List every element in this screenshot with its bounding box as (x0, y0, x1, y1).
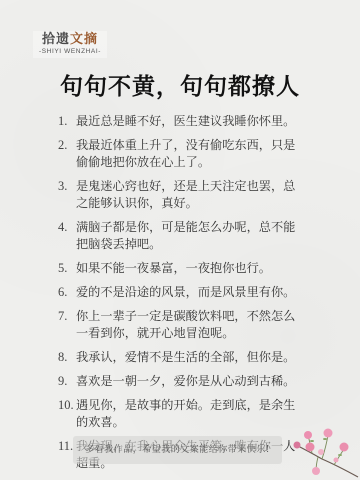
item-number: 7. (58, 308, 67, 325)
brand-logo: 拾遗文摘 -SHIYI WENZHAI- (33, 31, 107, 58)
list-item: 7.你上一辈子一定是碳酸饮料吧，不然怎么一看到你，就开心地冒泡呢。 (58, 308, 298, 342)
item-number: 4. (58, 219, 67, 236)
list-item: 4.满脑子都是你，可是能怎么办呢，总不能把脑袋丢掉吧。 (58, 219, 298, 253)
item-number: 5. (58, 260, 67, 277)
list-item: 9.喜欢是一朝一夕，爱你是从心动到古稀。 (58, 373, 298, 390)
logo-chinese: 拾遗文摘 (33, 32, 107, 48)
item-text: 你上一辈子一定是碳酸饮料吧，不然怎么一看到你，就开心地冒泡呢。 (76, 309, 295, 340)
list-item: 5.如果不能一夜暴富，一夜抱你也行。 (58, 260, 298, 277)
item-text: 最近总是睡不好，医生建议我睡你怀里。 (76, 114, 295, 128)
logo-text-part1: 拾遗 (42, 32, 70, 47)
item-text: 遇见你，是故事的开始。走到底，是余生的欢喜。 (76, 398, 295, 429)
item-number: 9. (58, 373, 67, 390)
item-text: 如果不能一夜暴富，一夜抱你也行。 (76, 261, 271, 275)
item-number: 10. (58, 397, 74, 414)
item-number: 6. (58, 284, 67, 301)
item-number: 2. (58, 137, 67, 154)
item-text: 我承认，爱情不是生活的全部，但你是。 (76, 350, 295, 364)
list-item: 6.爱的不是沿途的风景，而是风景里有你。 (58, 284, 298, 301)
list-item: 1.最近总是睡不好，医生建议我睡你怀里。 (58, 113, 298, 130)
item-number: 11. (58, 438, 73, 455)
logo-text-part2: 文摘 (70, 32, 98, 47)
flower-branch-icon (288, 425, 360, 480)
list-item: 2.我最近体重上升了，没有偷吃东西，只是偷偷地把你放在心上了。 (58, 137, 298, 171)
item-text: 我最近体重上升了，没有偷吃东西，只是偷偷地把你放在心上了。 (76, 138, 295, 169)
footer-banner: 多看我作品，希望我的文案能给你带来快乐! (73, 436, 282, 464)
page-title: 句句不黄，句句都撩人 (0, 68, 360, 101)
list-item: 10.遇见你，是故事的开始。走到底，是余生的欢喜。 (58, 397, 298, 431)
item-number: 1. (58, 113, 67, 130)
quote-list: 1.最近总是睡不好，医生建议我睡你怀里。 2.我最近体重上升了，没有偷吃东西，只… (58, 113, 298, 479)
logo-english: -SHIYI WENZHAI- (33, 48, 107, 56)
list-item: 8.我承认，爱情不是生活的全部，但你是。 (58, 349, 298, 366)
item-number: 8. (58, 349, 67, 366)
item-number: 3. (58, 178, 67, 195)
list-item: 3.是鬼迷心窍也好，还是上天注定也罢，总之能够认识你，真好。 (58, 178, 298, 212)
item-text: 喜欢是一朝一夕，爱你是从心动到古稀。 (76, 374, 295, 388)
item-text: 爱的不是沿途的风景，而是风景里有你。 (76, 285, 295, 299)
item-text: 满脑子都是你，可是能怎么办呢，总不能把脑袋丢掉吧。 (76, 220, 295, 251)
item-text: 是鬼迷心窍也好，还是上天注定也罢，总之能够认识你，真好。 (76, 179, 295, 210)
